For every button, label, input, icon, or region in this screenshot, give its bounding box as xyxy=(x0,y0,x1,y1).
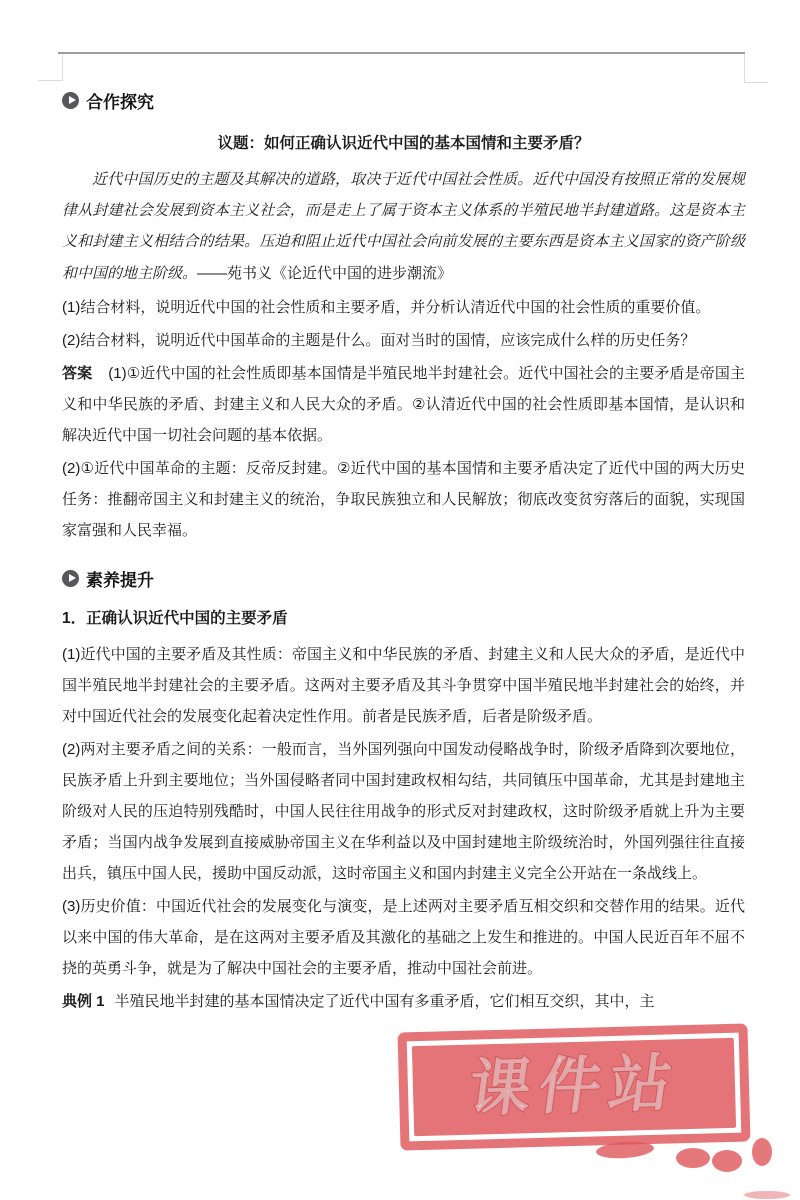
example-text: 半殖民地半封建的基本国情决定了近代中国有多重矛盾，它们相互交织，其中，主 xyxy=(115,993,655,1010)
improvement-para-2: (2)两对主要矛盾之间的关系：一般而言，当外国列强向中国发动侵略战争时，阶级矛盾… xyxy=(62,734,745,889)
section-header-label: 素养提升 xyxy=(86,566,154,591)
stamp-text: 课件站 xyxy=(465,1053,683,1121)
section-header-label: 合作探究 xyxy=(86,88,154,113)
answer-label: 答案 xyxy=(62,365,92,382)
section-header-literacy-improvement: 素养提升 xyxy=(62,566,745,591)
stamp-ink-splotch xyxy=(676,1148,710,1168)
page-top-rule xyxy=(58,52,745,54)
material-paragraph: 近代中国历史的主题及其解决的道路，取决于近代中国社会性质。近代中国没有按照正常的… xyxy=(62,165,745,290)
margin-mark-left xyxy=(62,54,63,81)
stamp-ink-splotch xyxy=(752,1138,772,1166)
document-body: 合作探究 议题：如何正确认识近代中国的基本国情和主要矛盾？ 近代中国历史的主题及… xyxy=(62,88,745,1019)
question-2: (2)结合材料，说明近代中国革命的主题是什么。面对当时的国情，应该完成什么样的历… xyxy=(62,325,745,356)
answer-1-text: (1)①近代中国的社会性质即基本国情是半殖民地半封建社会。近代中国社会的主要矛盾… xyxy=(62,365,745,444)
material-source: ——苑书义《论近代中国的进步潮流》 xyxy=(197,265,452,282)
example-label: 典例 1 xyxy=(62,993,105,1010)
improvement-para-1: (1)近代中国的主要矛盾及其性质：帝国主义和中华民族的矛盾、封建主义和人民大众的… xyxy=(62,639,745,732)
topic-title: 议题：如何正确认识近代中国的基本国情和主要矛盾？ xyxy=(62,133,745,155)
answer-paragraph-2: (2)①近代中国革命的主题：反帝反封建。②近代中国的基本国情和主要矛盾决定了近代… xyxy=(62,453,745,546)
section-header-cooperative-exploration: 合作探究 xyxy=(62,88,745,113)
answer-paragraph-1: 答案(1)①近代中国的社会性质即基本国情是半殖民地半封建社会。近代中国社会的主要… xyxy=(62,358,745,451)
play-bullet-icon xyxy=(62,92,79,109)
margin-mark-left xyxy=(38,80,63,81)
improvement-para-3: (3)历史价值：中国近代社会的发展变化与演变，是上述两对主要矛盾互相交织和交替作… xyxy=(62,891,745,984)
margin-mark-right xyxy=(744,54,745,82)
play-bullet-icon xyxy=(62,570,79,587)
question-1: (1)结合材料，说明近代中国的社会性质和主要矛盾，并分析认清近代中国的社会性质的… xyxy=(62,292,745,323)
example-1-row: 典例 1半殖民地半封建的基本国情决定了近代中国有多重矛盾，它们相互交织，其中，主 xyxy=(62,986,745,1017)
stamp-ink-splotch xyxy=(744,1191,790,1199)
stamp-ink-splotch xyxy=(712,1150,742,1172)
stamp-fill: 课件站 xyxy=(412,1038,736,1136)
margin-mark-right xyxy=(744,82,768,83)
point-1-title: 1．正确认识近代中国的主要矛盾 xyxy=(62,607,745,631)
kejianzhan-watermark-stamp: 课件站 xyxy=(398,1023,751,1150)
